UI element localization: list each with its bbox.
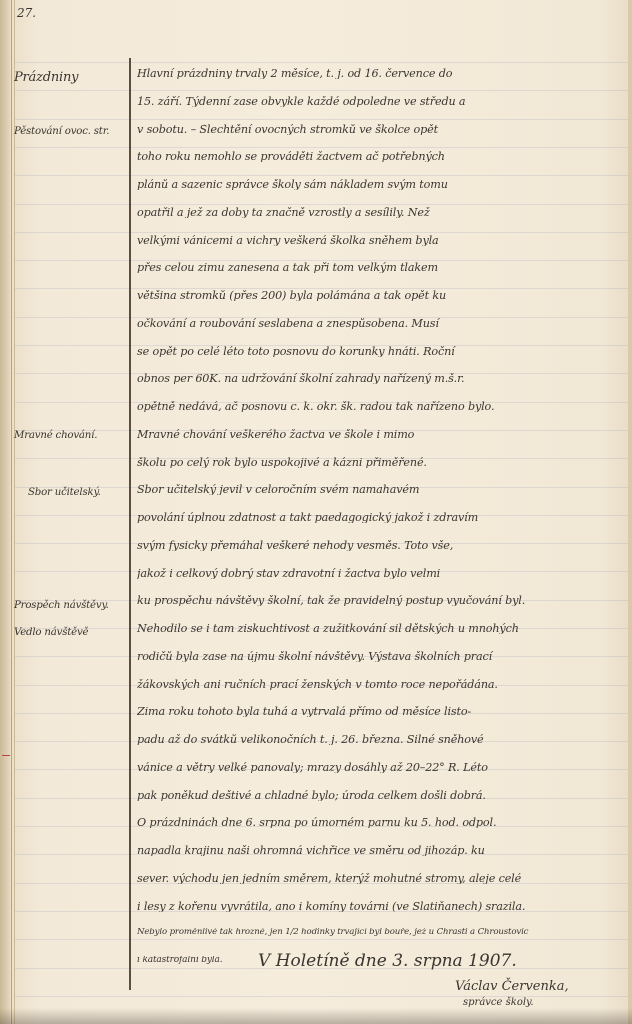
text-segment: v sobotu. – (137, 124, 199, 135)
margin-note-mravne-chovani: Mravné chování. (14, 430, 97, 441)
text-segment: obnos per 60K. na udržování školní zahra… (137, 373, 464, 384)
text-segment: sever. východu jen jedním směrem, kterýž… (137, 873, 521, 884)
text-segment: plánů a sazenic správce školy sám náklad… (137, 179, 448, 190)
text-line: opatřil a jež za doby ta značně vzrostly… (137, 207, 623, 218)
signatory-title: správce školy. (463, 997, 534, 1008)
text-segment: rodičů byla zase (137, 651, 230, 662)
ruled-line (15, 204, 632, 205)
binding-edge-line-inner (14, 0, 15, 1024)
text-segment: padu až do svátků velikonočních t. j. 26… (137, 734, 483, 745)
text-segment: školní, tak že pravidelný postup vyučová… (264, 595, 525, 606)
text-line: ku prospěchu návštěvy školní, tak že pra… (137, 595, 623, 606)
text-segment: trvaly 2 měsíce, t. j. od 16. července d… (232, 68, 452, 79)
text-segment: O prázdninách dne 6. srpna po úmorném pa… (137, 817, 496, 828)
text-segment: žákovských ani ručních prací ženských v … (137, 679, 498, 690)
text-line: většina stromků (přes 200) byla polámána… (137, 290, 623, 301)
page-right-edge (628, 0, 632, 1024)
text-line: Hlavní prázdniny trvaly 2 měsíce, t. j. … (137, 68, 623, 79)
text-line: Nebylo proměnlivé tak hrozné, jen 1/2 ho… (137, 928, 623, 937)
text-line: i lesy z kořenu vyvrátila, ano i komíny … (137, 901, 623, 912)
text-line: Zima roku tohoto byla tuhá a vytrvalá př… (137, 706, 623, 717)
text-segment: i lesy z kořenu vyvrátila, ano i komíny … (137, 901, 525, 912)
text-line: O prázdninách dne 6. srpna po úmorném pa… (137, 817, 623, 828)
text-line: vánice a větry velké panovaly; mrazy dos… (137, 762, 623, 773)
text-line: v sobotu. – Šlechtění ovocných stromků v… (137, 124, 623, 135)
text-segment: jevil v celoročním svém namahavém (216, 484, 419, 495)
text-line: Nehodilo se i tam ziskuchtivost a zužitk… (137, 623, 623, 634)
text-line: jakož i celkový dobrý stav zdravotní i ž… (137, 568, 623, 579)
text-line: i katastrofální byla. (137, 956, 247, 965)
text-segment: ve škole i mimo (325, 429, 414, 440)
text-line: velkými vánicemi a vichry veškerá školka… (137, 235, 623, 246)
underlined-heading: Týdenní (185, 96, 230, 107)
book-binding (0, 0, 10, 1024)
ruled-line (15, 260, 632, 261)
text-line: plánů a sazenic správce školy sám náklad… (137, 179, 623, 190)
text-line: povolání úplnou zdatnost a takt paedagog… (137, 512, 623, 523)
text-segment: opatřil a jež za doby ta značně vzrostly… (137, 207, 430, 218)
text-segment: povolání úplnou zdatnost a takt paedagog… (137, 512, 478, 523)
adjacent-page-red-mark (2, 755, 10, 756)
text-line: obnos per 60K. na udržování školní zahra… (137, 373, 623, 384)
ruled-line (15, 62, 632, 63)
text-line: rodičů byla zase na újmu školní návštěvy… (137, 651, 623, 662)
underlined-heading: ku prospěchu návštěvy (137, 595, 264, 606)
text-line: napadla krajinu naši ohromná vichřice ve… (137, 845, 623, 856)
ruled-line (15, 996, 632, 997)
text-segment: velkými vánicemi a vichry veškerá školka… (137, 235, 439, 246)
margin-note-prazdniny: Prázdniny (14, 70, 78, 85)
text-segment: většina stromků (přes 200) byla polámána… (137, 290, 446, 301)
text-line: sever. východu jen jedním směrem, kterýž… (137, 873, 623, 884)
margin-note-sbor-ucitelsky: Sbor učitelský. (28, 487, 101, 498)
text-segment: ve školce opět (356, 124, 438, 135)
text-segment: opětně nedává, ač posnovu c. k. okr. šk.… (137, 401, 494, 412)
text-segment: se opět po celé léto toto posnovu do kor… (137, 346, 455, 357)
text-line: toho roku nemohlo se prováděti žactvem a… (137, 151, 623, 162)
ruled-line (15, 939, 632, 940)
text-segment: napadla krajinu naši ohromná vichřice ve… (137, 845, 485, 856)
margin-note-pestovani: Pěstování ovoc. str. (14, 126, 109, 137)
text-line: opětně nedává, ač posnovu c. k. okr. šk.… (137, 401, 623, 412)
ruled-line (15, 119, 632, 120)
text-segment: školu po celý rok bylo uspokojivé a kázn… (137, 457, 427, 468)
text-line: přes celou zimu zanesena a tak při tom v… (137, 262, 623, 273)
text-segment: zase obvykle každé odpoledne ve středu a (230, 96, 465, 107)
text-line: očkování a roubování seslabena a znespůs… (137, 318, 623, 329)
ruled-line (15, 90, 632, 91)
underlined-heading: Hlavní prázdniny (137, 68, 232, 79)
text-line: žákovských ani ručních prací ženských v … (137, 679, 623, 690)
ruled-line (15, 147, 632, 148)
margin-note-prospech-navstevy: Prospěch návštěvy. (14, 600, 109, 611)
text-line: Sbor učitelský jevil v celoročním svém n… (137, 484, 623, 495)
binding-edge-line (11, 0, 12, 1024)
text-segment: Zima roku tohoto byla tuhá a vytrvalá př… (137, 706, 471, 717)
text-line: svým fysicky přemáhal veškeré nehody ves… (137, 540, 623, 551)
text-segment: Nebylo proměnlivé tak hrozné, jen 1/2 ho… (137, 928, 528, 937)
text-line: 15. září. Týdenní zase obvykle každé odp… (137, 96, 623, 107)
underlined-heading: Sbor učitelský (137, 484, 216, 495)
text-segment: očkování a roubování seslabena a znespůs… (137, 318, 439, 329)
place-and-date: V Holetíně dne 3. srpna 1907. (258, 951, 517, 971)
ruled-line (15, 288, 632, 289)
ruled-line (15, 232, 632, 233)
text-line: pak poněkud deštivé a chladné bylo; úrod… (137, 790, 623, 801)
text-segment: 15. září. (137, 96, 185, 107)
text-segment: jakož i celkový dobrý stav zdravotní i ž… (137, 568, 440, 579)
page-bottom-shadow (0, 1008, 632, 1024)
ruled-line (15, 175, 632, 176)
page-number: 27. (17, 6, 36, 20)
text-segment: Výstava školních prací (365, 651, 492, 662)
text-segment: pak poněkud deštivé a chladné bylo; úrod… (137, 790, 486, 801)
underlined-heading: Mravné chování veškerého žactva (137, 429, 325, 440)
manuscript-page: 27. Prázdniny Pěstování ovoc. str. Mravn… (0, 0, 632, 1024)
text-segment: svým fysicky přemáhal veškeré nehody ves… (137, 540, 453, 551)
text-line: padu až do svátků velikonočních t. j. 26… (137, 734, 623, 745)
text-segment: Nehodilo se i tam ziskuchtivost a zužitk… (137, 623, 519, 634)
text-line: se opět po celé léto toto posnovu do kor… (137, 346, 623, 357)
text-segment: vánice a větry velké panovaly; mrazy dos… (137, 762, 488, 773)
text-line: školu po celý rok bylo uspokojivé a kázn… (137, 457, 623, 468)
margin-note-vedlo-navsteve: Vedlo návštěvě (14, 627, 88, 638)
underlined-heading: Šlechtění ovocných stromků (199, 124, 355, 135)
text-segment: přes celou zimu zanesena a tak při tom v… (137, 262, 438, 273)
text-line: Mravné chování veškerého žactva ve škole… (137, 429, 623, 440)
text-segment: toho roku nemohlo se prováděti žactvem a… (137, 151, 445, 162)
signature: Václav Červenka, (455, 979, 569, 994)
underlined-heading: na újmu školní návštěvy. (230, 651, 365, 662)
text-segment: i katastrofální byla. (137, 956, 222, 965)
margin-rule (129, 58, 131, 990)
